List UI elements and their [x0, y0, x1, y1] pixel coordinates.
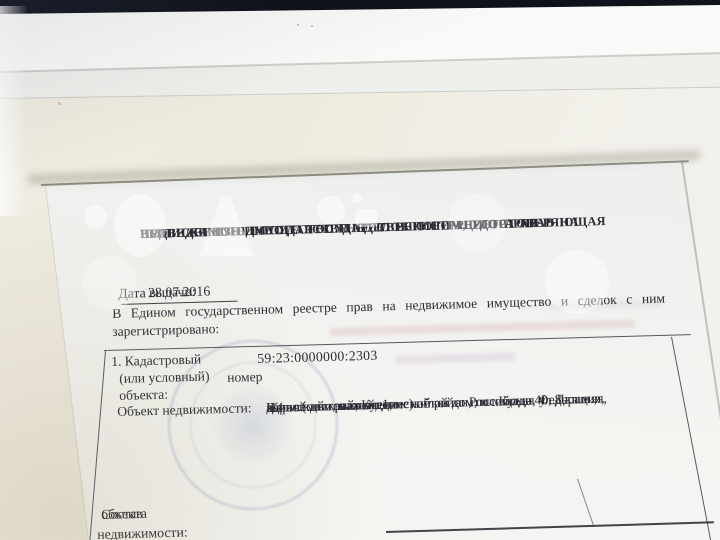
photo-scene: ВЫПИСКА ИЗ ЕДИНОГО ГОСУДАРСТВЕННОГО РЕЕС… [0, 0, 720, 540]
cadastral-number-value: 59:23:0000000:2303 [257, 347, 378, 366]
frame-left-highlight [0, 6, 28, 216]
object-label: Объект недвижимости: [117, 400, 252, 420]
dust-speck [58, 102, 61, 105]
composition-word-2: объекта [101, 506, 147, 523]
dust-speck [311, 25, 313, 27]
object-description-line-5: д.4 [266, 398, 284, 416]
dust-speck [297, 24, 299, 26]
cadastral-label-line-2: (или условный) [119, 368, 210, 387]
stamp-center [213, 385, 293, 465]
cadastral-label-line-1: 1. Кадастровый [111, 351, 201, 370]
intro-paragraph-line-2: зарегистрировано: [112, 321, 219, 340]
composition-label-line-2: недвижимости: [97, 524, 188, 540]
issue-date-value: 28.07.2016 [121, 283, 237, 305]
cadastral-label-line-3: объекта: [119, 386, 168, 403]
cadastral-label-word-nomer: номер [227, 369, 263, 386]
